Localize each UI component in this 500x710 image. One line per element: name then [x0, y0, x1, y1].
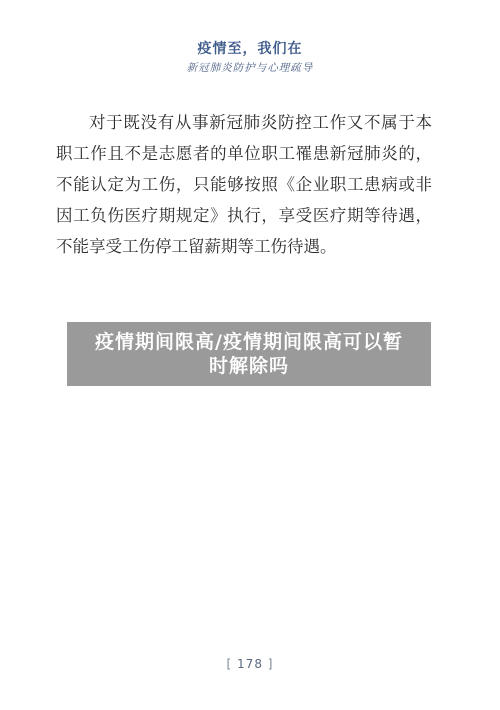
page-header: 疫情至，我们在 新冠肺炎防护与心理疏导: [0, 40, 500, 76]
bracket-left: [: [227, 657, 233, 671]
header-title: 疫情至，我们在: [0, 40, 500, 58]
page-number-value: 178: [237, 657, 263, 671]
title-banner: 疫情期间限高/疫情期间限高可以暂 时解除吗: [67, 322, 431, 386]
body-text: 对于既没有从事新冠肺炎防控工作又不属于本职工作且不是志愿者的单位职工罹患新冠肺炎…: [56, 107, 432, 262]
banner-title-line-1: 疫情期间限高/疫情期间限高可以暂: [95, 330, 403, 354]
body-paragraph: 对于既没有从事新冠肺炎防控工作又不属于本职工作且不是志愿者的单位职工罹患新冠肺炎…: [56, 107, 432, 262]
document-page: 疫情至，我们在 新冠肺炎防护与心理疏导 对于既没有从事新冠肺炎防控工作又不属于本…: [0, 0, 500, 710]
page-number: [ 178 ]: [0, 657, 500, 671]
header-subtitle: 新冠肺炎防护与心理疏导: [0, 60, 500, 76]
banner-title-line-2: 时解除吗: [209, 354, 289, 378]
bracket-right: ]: [268, 657, 274, 671]
